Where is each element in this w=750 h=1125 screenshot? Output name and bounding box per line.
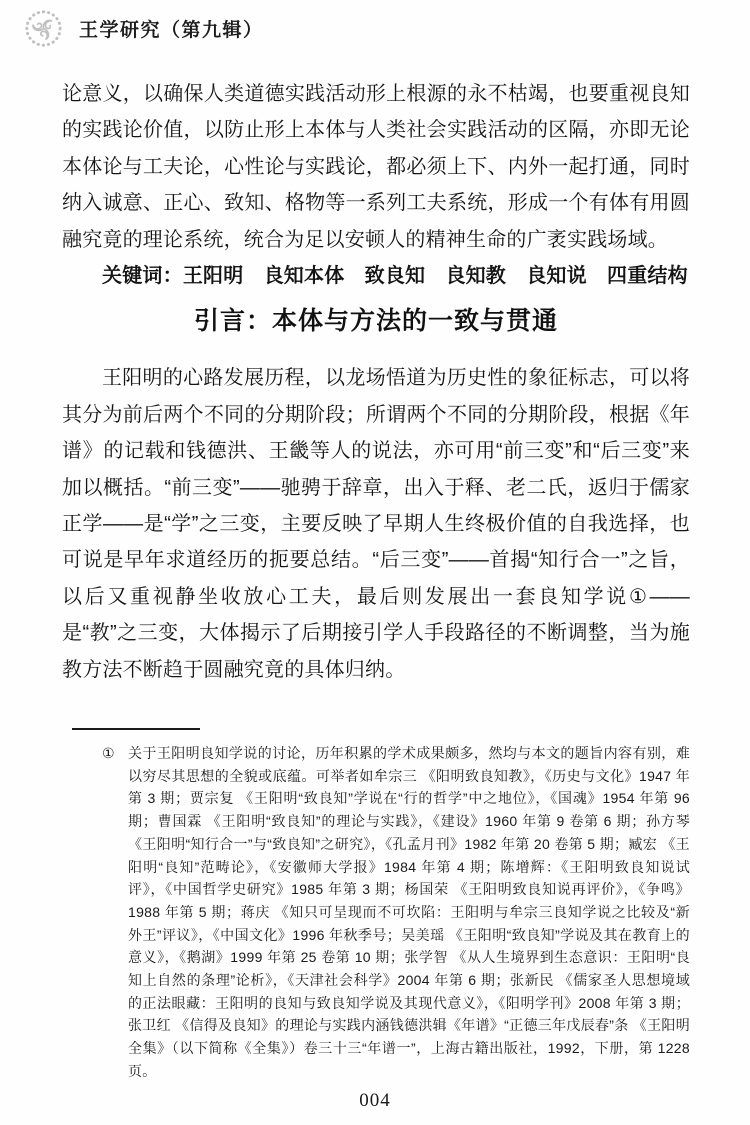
page-number: 004 xyxy=(0,1090,750,1112)
paragraph-continuation: 论意义，以确保人类道德实践活动形上根源的永不枯竭，也要重视良知的实践论价值，以防… xyxy=(62,76,690,258)
cloud-emblem-icon xyxy=(23,8,64,49)
page-header: 王学研究（第九辑） xyxy=(23,8,264,49)
paragraph-intro: 王阳明的心路发展历程，以龙场悟道为历史性的象征标志，可以将其分为前后两个不同的分… xyxy=(62,360,690,688)
footnote: ①关于王阳明良知学说的讨论，历年积累的学术成果颇多，然均与本文的题旨内容有别，难… xyxy=(128,742,690,1083)
section-heading: 引言：本体与方法的一致与贯通 xyxy=(62,306,690,336)
footnote-marker: ① xyxy=(102,742,115,765)
header-title: 王学研究（第九辑） xyxy=(79,15,264,42)
keywords-list: 王阳明 良知本体 致良知 良知教 良知说 四重结构 xyxy=(183,265,688,287)
page-main: 论意义，以确保人类道德实践活动形上根源的永不枯竭，也要重视良知的实践论价值，以防… xyxy=(62,76,690,688)
book-page: 王学研究（第九辑） 论意义，以确保人类道德实践活动形上根源的永不枯竭，也要重视良… xyxy=(0,0,750,1125)
keywords-line: 关键词：王阳明 良知本体 致良知 良知教 良知说 四重结构 xyxy=(62,258,690,294)
footnote-text: 关于王阳明良知学说的讨论，历年积累的学术成果颇多，然均与本文的题旨内容有别，难以… xyxy=(128,745,690,1079)
footnote-divider xyxy=(72,728,200,730)
keywords-label: 关键词： xyxy=(102,265,183,287)
